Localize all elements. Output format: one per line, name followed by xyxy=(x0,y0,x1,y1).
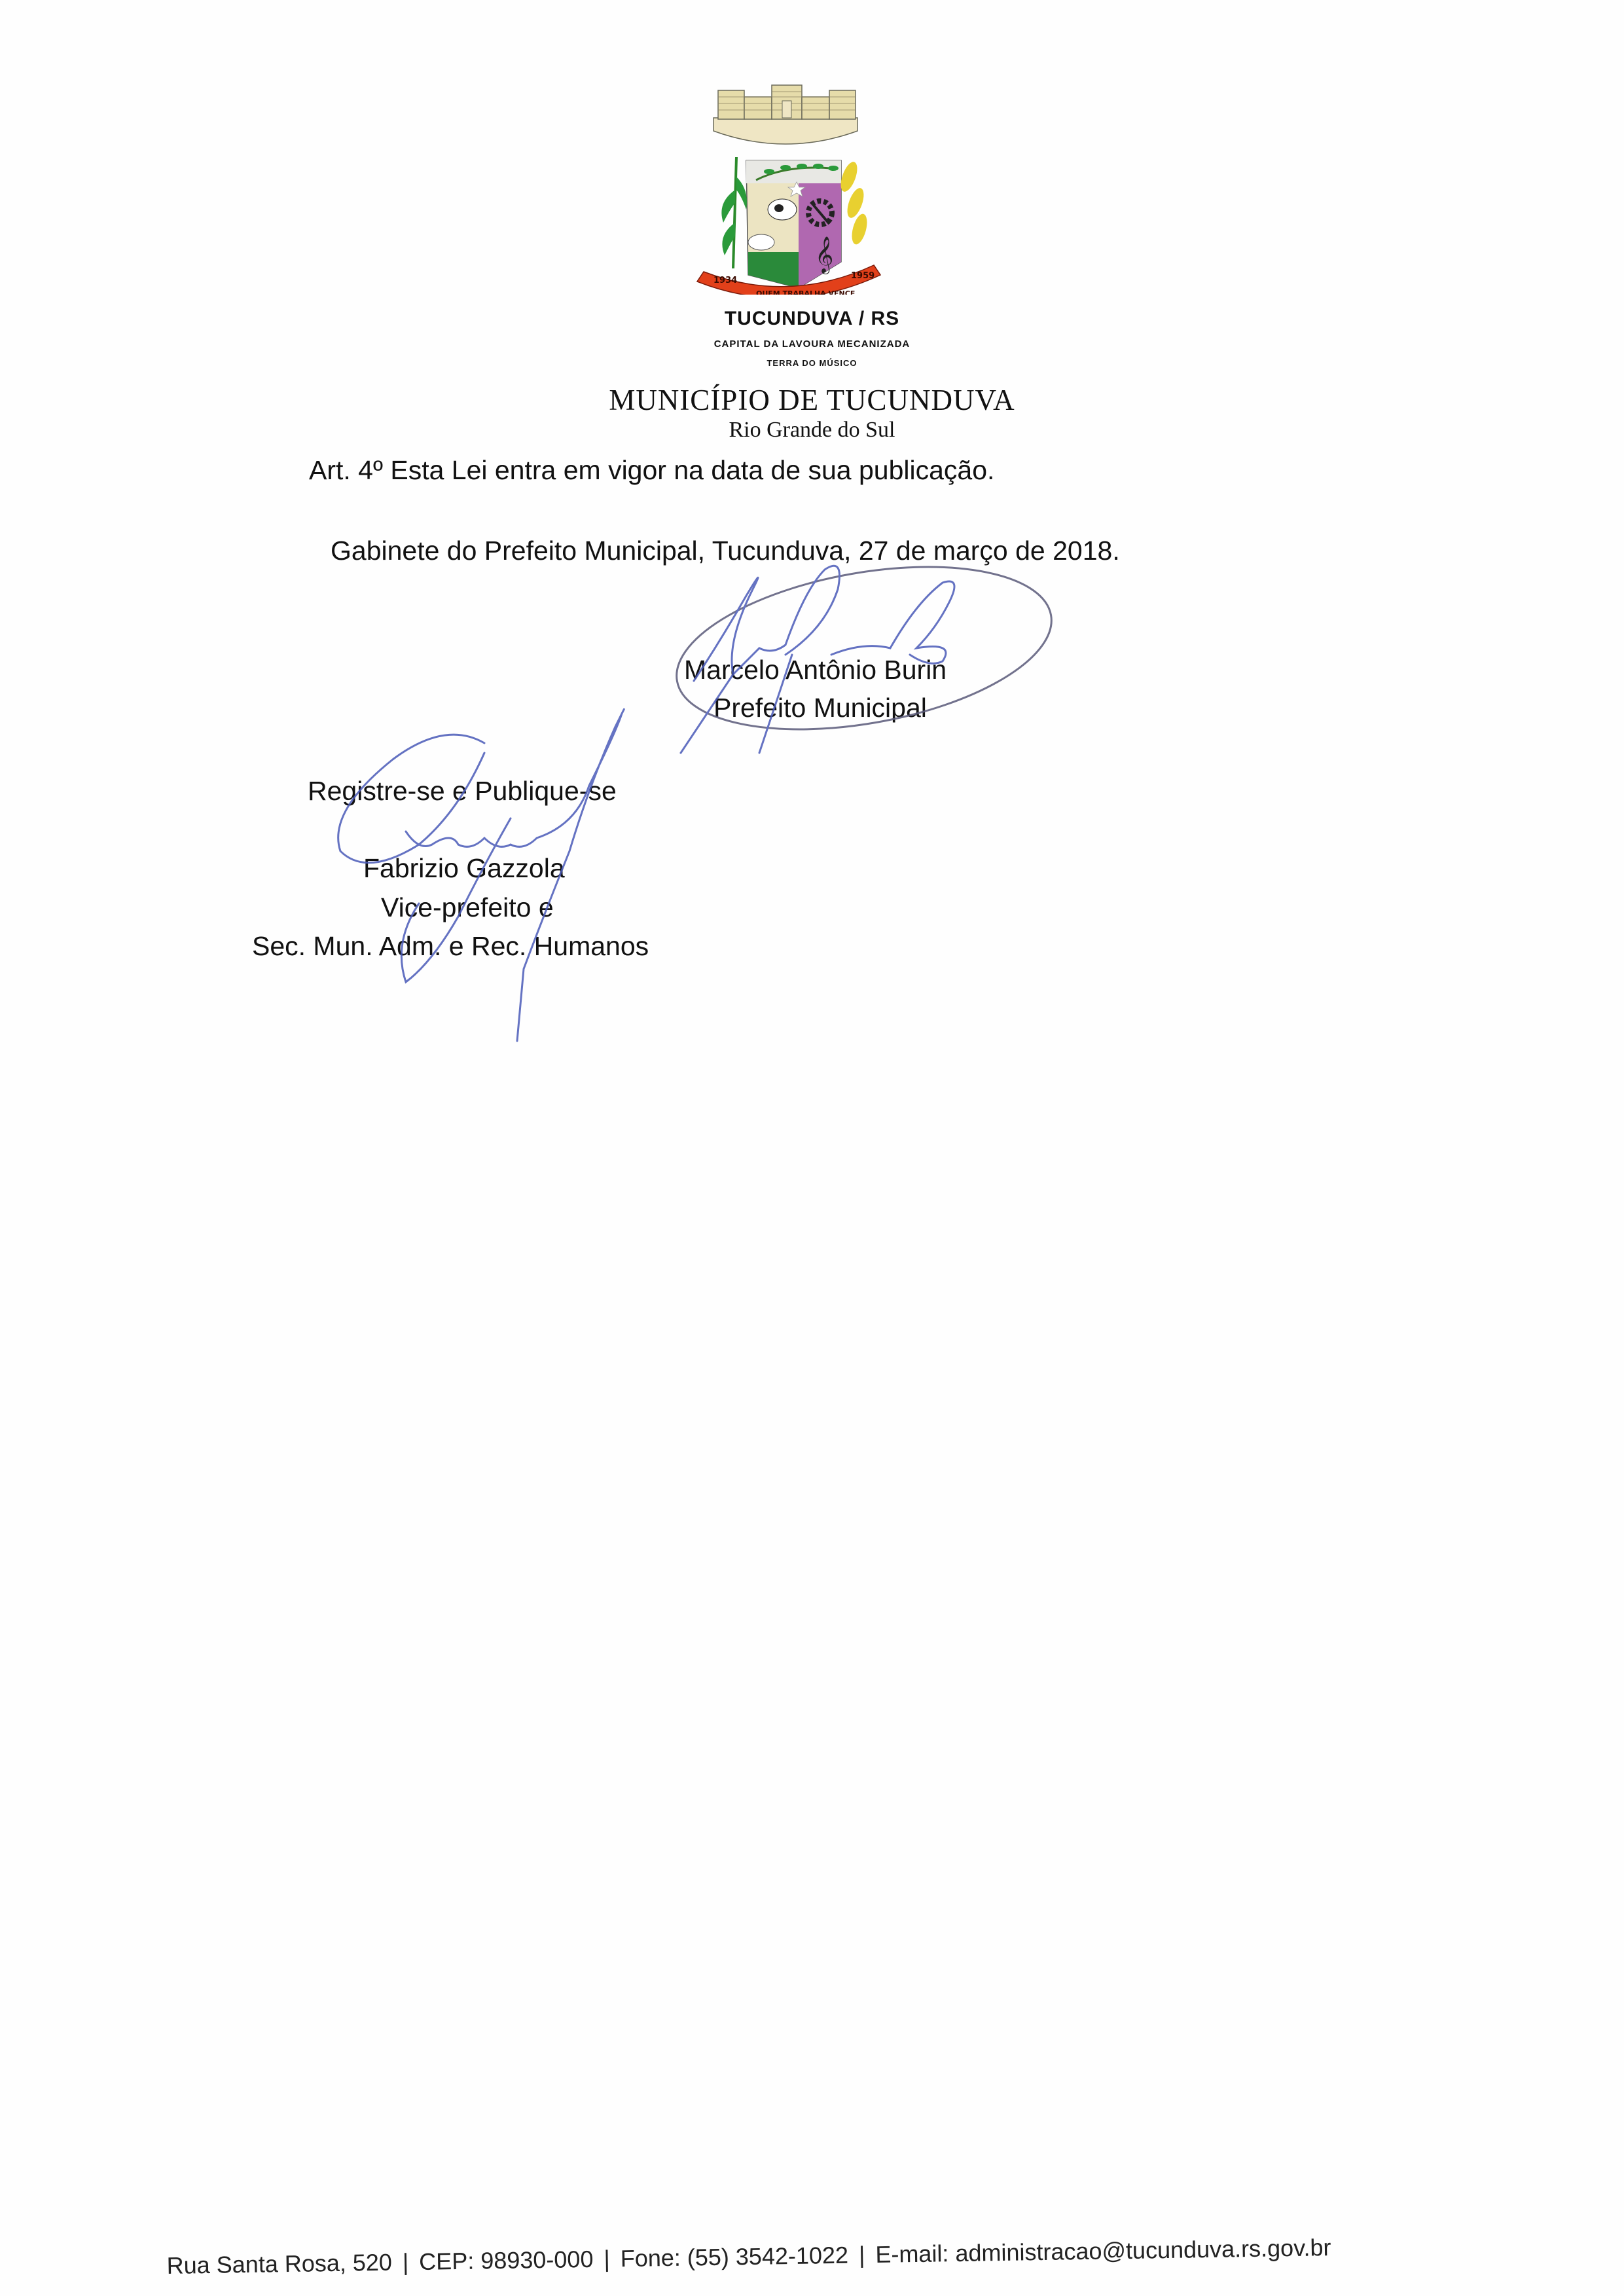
document-page: 𝄞 1934 QUEM TRABALHA VENCE 1959 TUCUNDUV… xyxy=(0,0,1624,2296)
crest-motto: QUEM TRABALHA VENCE xyxy=(756,289,855,295)
registration-note: Registre-se e Publique-se xyxy=(308,776,617,807)
article-text: Art. 4º Esta Lei entra em vigor na data … xyxy=(309,455,994,486)
svg-text:𝄞: 𝄞 xyxy=(815,236,833,274)
crest-subtitle-2: TERRA DO MÚSICO xyxy=(0,358,1624,368)
vice-mayor-name: Fabrizio Gazzola xyxy=(363,853,565,884)
mayor-name: Marcelo Antônio Burin xyxy=(684,655,947,685)
coat-of-arms-icon: 𝄞 1934 QUEM TRABALHA VENCE 1959 xyxy=(677,79,893,295)
crest-subtitle-1: CAPITAL DA LAVOURA MECANIZADA xyxy=(0,338,1624,350)
state-name: Rio Grande do Sul xyxy=(0,418,1624,443)
footer-phone: Fone: (55) 3542-1022 xyxy=(620,2242,848,2272)
footer-separator: | xyxy=(403,2248,409,2275)
footer-address: Rua Santa Rosa, 520 xyxy=(166,2249,392,2279)
mayor-role: Prefeito Municipal xyxy=(713,693,927,723)
footer-cep: CEP: 98930-000 xyxy=(419,2246,594,2275)
crest-year-left: 1934 xyxy=(713,276,737,285)
footer-separator: | xyxy=(859,2241,865,2268)
place-date: Gabinete do Prefeito Municipal, Tucunduv… xyxy=(331,536,1120,566)
footer-separator: | xyxy=(604,2245,610,2272)
vice-mayor-role-line-2: Sec. Mun. Adm. e Rec. Humanos xyxy=(252,931,649,962)
crest-year-right: 1959 xyxy=(851,271,875,281)
crest-title: TUCUNDUVA / RS xyxy=(0,308,1624,330)
footer-email[interactable]: E-mail: administracao@tucunduva.rs.gov.b… xyxy=(875,2234,1331,2268)
footer-contact: Rua Santa Rosa, 520 | CEP: 98930-000 | F… xyxy=(166,2234,1331,2280)
vice-mayor-role-line-1: Vice-prefeito e xyxy=(381,892,554,923)
municipality-name: MUNICÍPIO DE TUCUNDUVA xyxy=(0,383,1624,417)
